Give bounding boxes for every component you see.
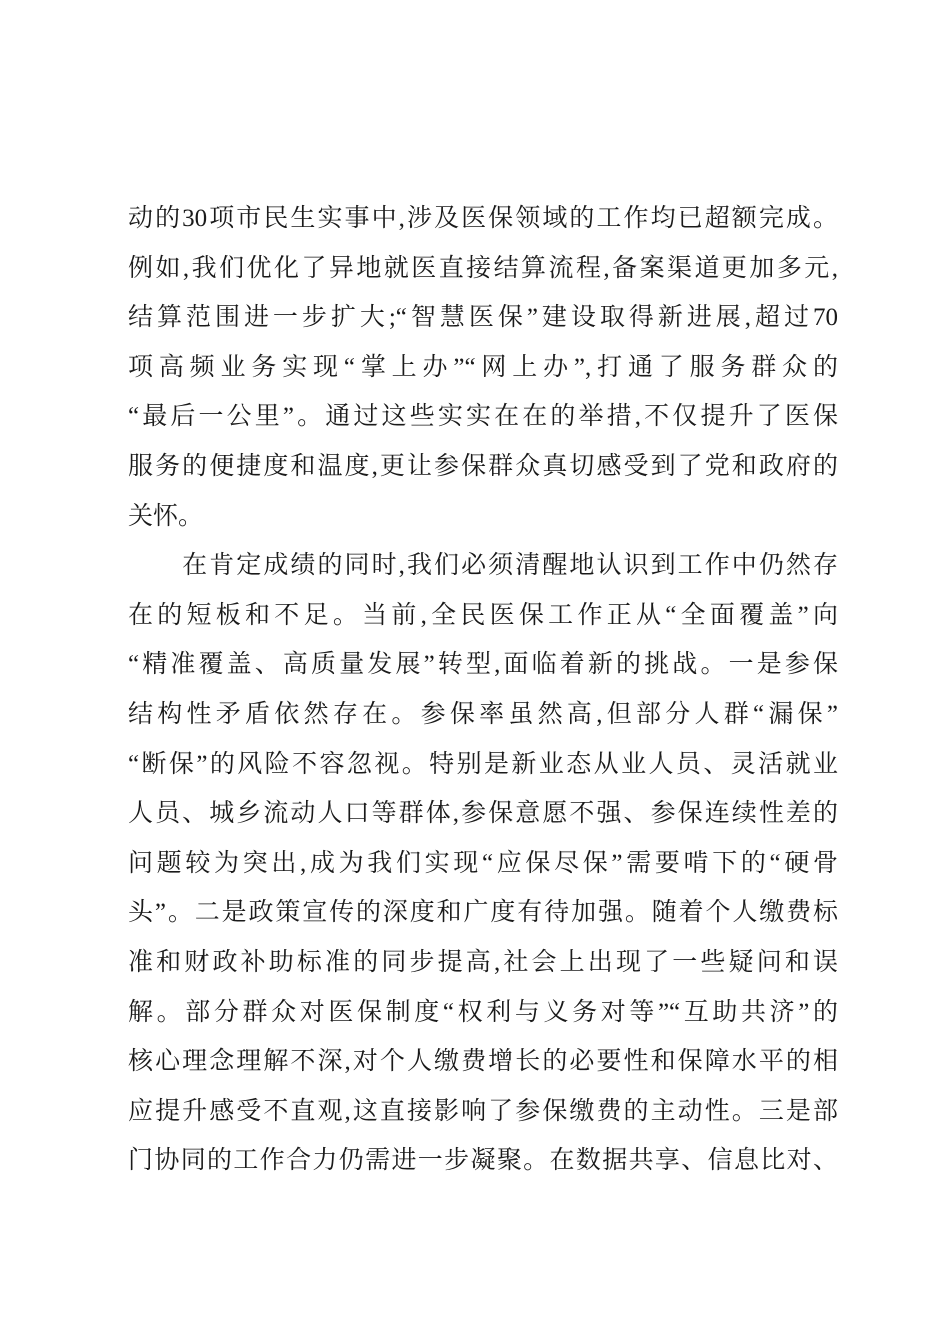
text-line: 应提升感受不直观,这直接影响了参保缴费的主动性。三是部 xyxy=(128,1087,838,1137)
text-line: 服务的便捷度和温度,更让参保群众真切感受到了党和政府的 xyxy=(128,442,838,492)
text-line: 问题较为突出,成为我们实现“应保尽保”需要啃下的“硬骨 xyxy=(128,839,838,889)
text-line: 门协同的工作合力仍需进一步凝聚。在数据共享、信息比对、 xyxy=(128,1136,838,1186)
text-line: 在的短板和不足。当前,全民医保工作正从“全面覆盖”向 xyxy=(128,591,838,641)
text-line: “精准覆盖、高质量发展”转型,面临着新的挑战。一是参保 xyxy=(128,640,838,690)
text-line: “断保”的风险不容忽视。特别是新业态从业人员、灵活就业 xyxy=(128,740,838,790)
text-line: 项高频业务实现“掌上办”“网上办”,打通了服务群众的 xyxy=(128,343,838,393)
text-line: 动的30项市民生实事中,涉及医保领域的工作均已超额完成。 xyxy=(128,194,838,244)
text-line: 关怀。 xyxy=(128,492,838,542)
text-line: 核心理念理解不深,对个人缴费增长的必要性和保障水平的相 xyxy=(128,1037,838,1087)
text-line: 头”。二是政策宣传的深度和广度有待加强。随着个人缴费标 xyxy=(128,888,838,938)
text-line: “最后一公里”。通过这些实实在在的举措,不仅提升了医保 xyxy=(128,392,838,442)
text-line: 结算范围进一步扩大;“智慧医保”建设取得新进展,超过70 xyxy=(128,293,838,343)
text-line: 准和财政补助标准的同步提高,社会上出现了一些疑问和误 xyxy=(128,938,838,988)
text-line: 例如,我们优化了异地就医直接结算流程,备案渠道更加多元, xyxy=(128,244,838,294)
text-line: 人员、城乡流动人口等群体,参保意愿不强、参保连续性差的 xyxy=(128,789,838,839)
text-line: 解。部分群众对医保制度“权利与义务对等”“互助共济”的 xyxy=(128,988,838,1038)
text-line: 结构性矛盾依然存在。参保率虽然高,但部分人群“漏保” xyxy=(128,690,838,740)
document-body: 动的30项市民生实事中,涉及医保领域的工作均已超额完成。例如,我们优化了异地就医… xyxy=(128,194,838,1186)
text-line: 在肯定成绩的同时,我们必须清醒地认识到工作中仍然存 xyxy=(128,541,838,591)
document-page: 动的30项市民生实事中,涉及医保领域的工作均已超额完成。例如,我们优化了异地就医… xyxy=(0,0,950,1344)
